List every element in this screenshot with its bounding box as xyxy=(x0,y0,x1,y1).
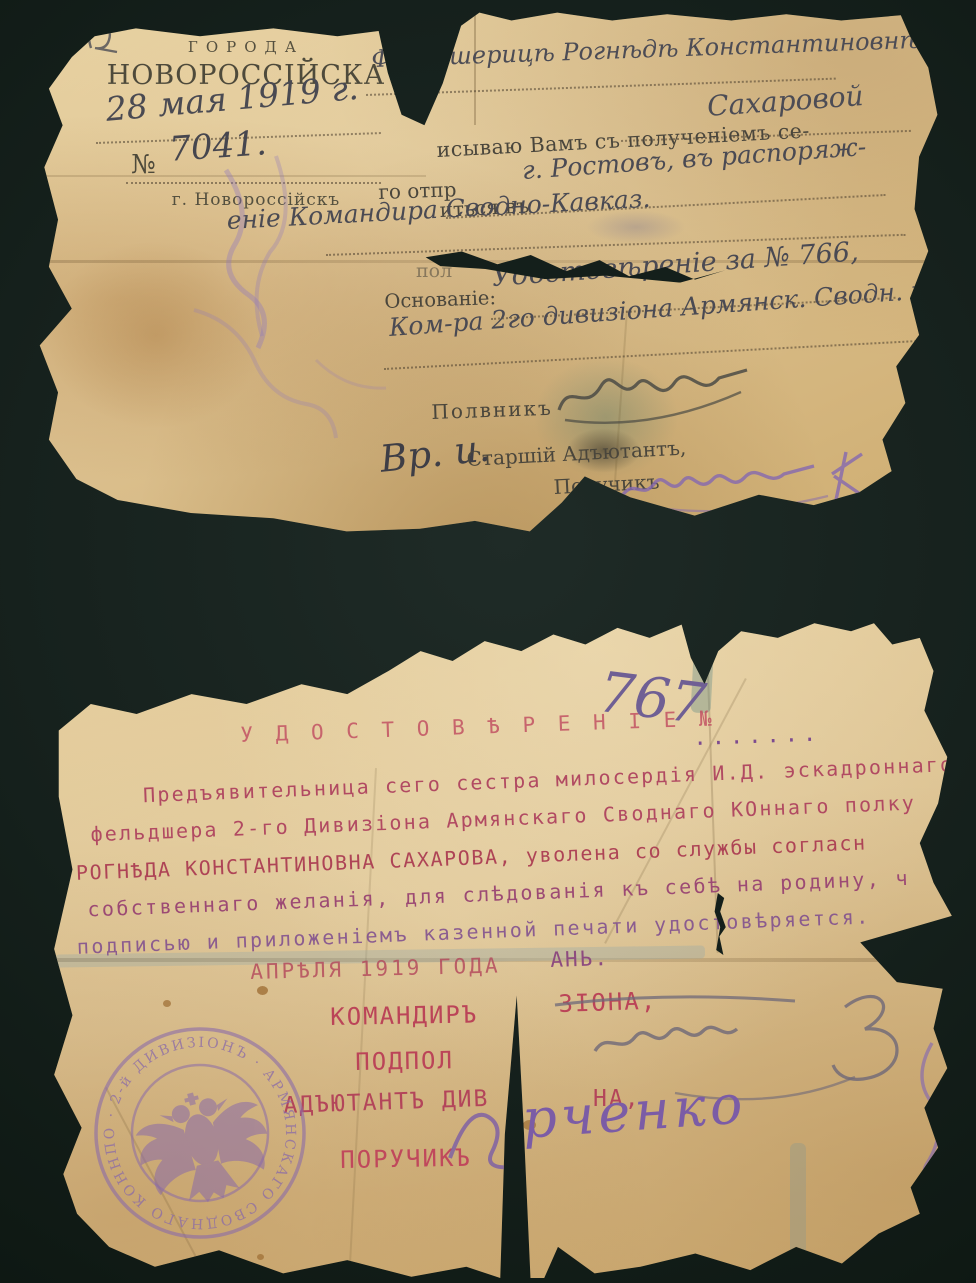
tape-streak-bottom xyxy=(790,1143,806,1280)
number-sign: № xyxy=(131,150,156,180)
bottom-document-certificate: У Д О С Т О В Ѣ Р Е Н І Е № ....... 767 … xyxy=(45,618,961,1280)
rust-spot xyxy=(163,1000,171,1007)
certificate-body: Предъявительница сего сестра милосердія … xyxy=(70,734,968,988)
signature-squiggle xyxy=(658,496,828,511)
signature-squiggle xyxy=(559,370,747,410)
top-document-order: ГОРОДА НОВОРОССІЙСКА 28 мая 1919 г. № 70… xyxy=(26,10,942,534)
scribble-stroke xyxy=(316,360,386,388)
addressee-line1-handwritten: Фельдшерицѣ Рогнѣдѣ Константиновнѣ xyxy=(371,26,921,73)
addressee-line2-handwritten: Сахаровой xyxy=(706,79,864,123)
letterhead-city-line1: ГОРОДА xyxy=(121,38,371,56)
commander-title-typed: КОМАНДИРЪ xyxy=(330,1000,479,1031)
signature-squiggle xyxy=(555,997,795,1005)
colonel-signature xyxy=(551,362,761,437)
signature-squiggle xyxy=(622,466,814,496)
adjutant-signature-purple xyxy=(618,438,908,523)
date-fragment-typed: АНЬ. xyxy=(550,946,609,972)
rust-spot xyxy=(257,986,268,995)
date-line-typed: АПРѢЛЯ 1919 ГОДА xyxy=(250,953,501,984)
commander-rank-typed: ПОДПОЛ xyxy=(355,1046,454,1076)
rust-spot xyxy=(257,1254,264,1260)
signature-squiggle xyxy=(595,1027,737,1051)
certificate-number-handwritten: 767 xyxy=(595,660,709,738)
scribble-stroke xyxy=(89,28,117,52)
margin-squiggle-purple xyxy=(890,1038,960,1193)
pencil-scribbles xyxy=(166,150,506,490)
adjutant-signature-flourish xyxy=(440,1088,550,1178)
signature-squiggle xyxy=(832,452,866,500)
signature-squiggle xyxy=(450,1115,522,1168)
division-round-stamp: ПО · 2-й ДИВИЗІОНЪ · АРМЯНСКАГО СВОДНАГО… xyxy=(61,994,340,1273)
signature-squiggle xyxy=(922,1043,939,1187)
corner-pen-mark xyxy=(81,22,121,56)
signature-squiggle xyxy=(833,996,897,1079)
photo-background: ГОРОДА НОВОРОССІЙСКА 28 мая 1919 г. № 70… xyxy=(0,0,976,1283)
